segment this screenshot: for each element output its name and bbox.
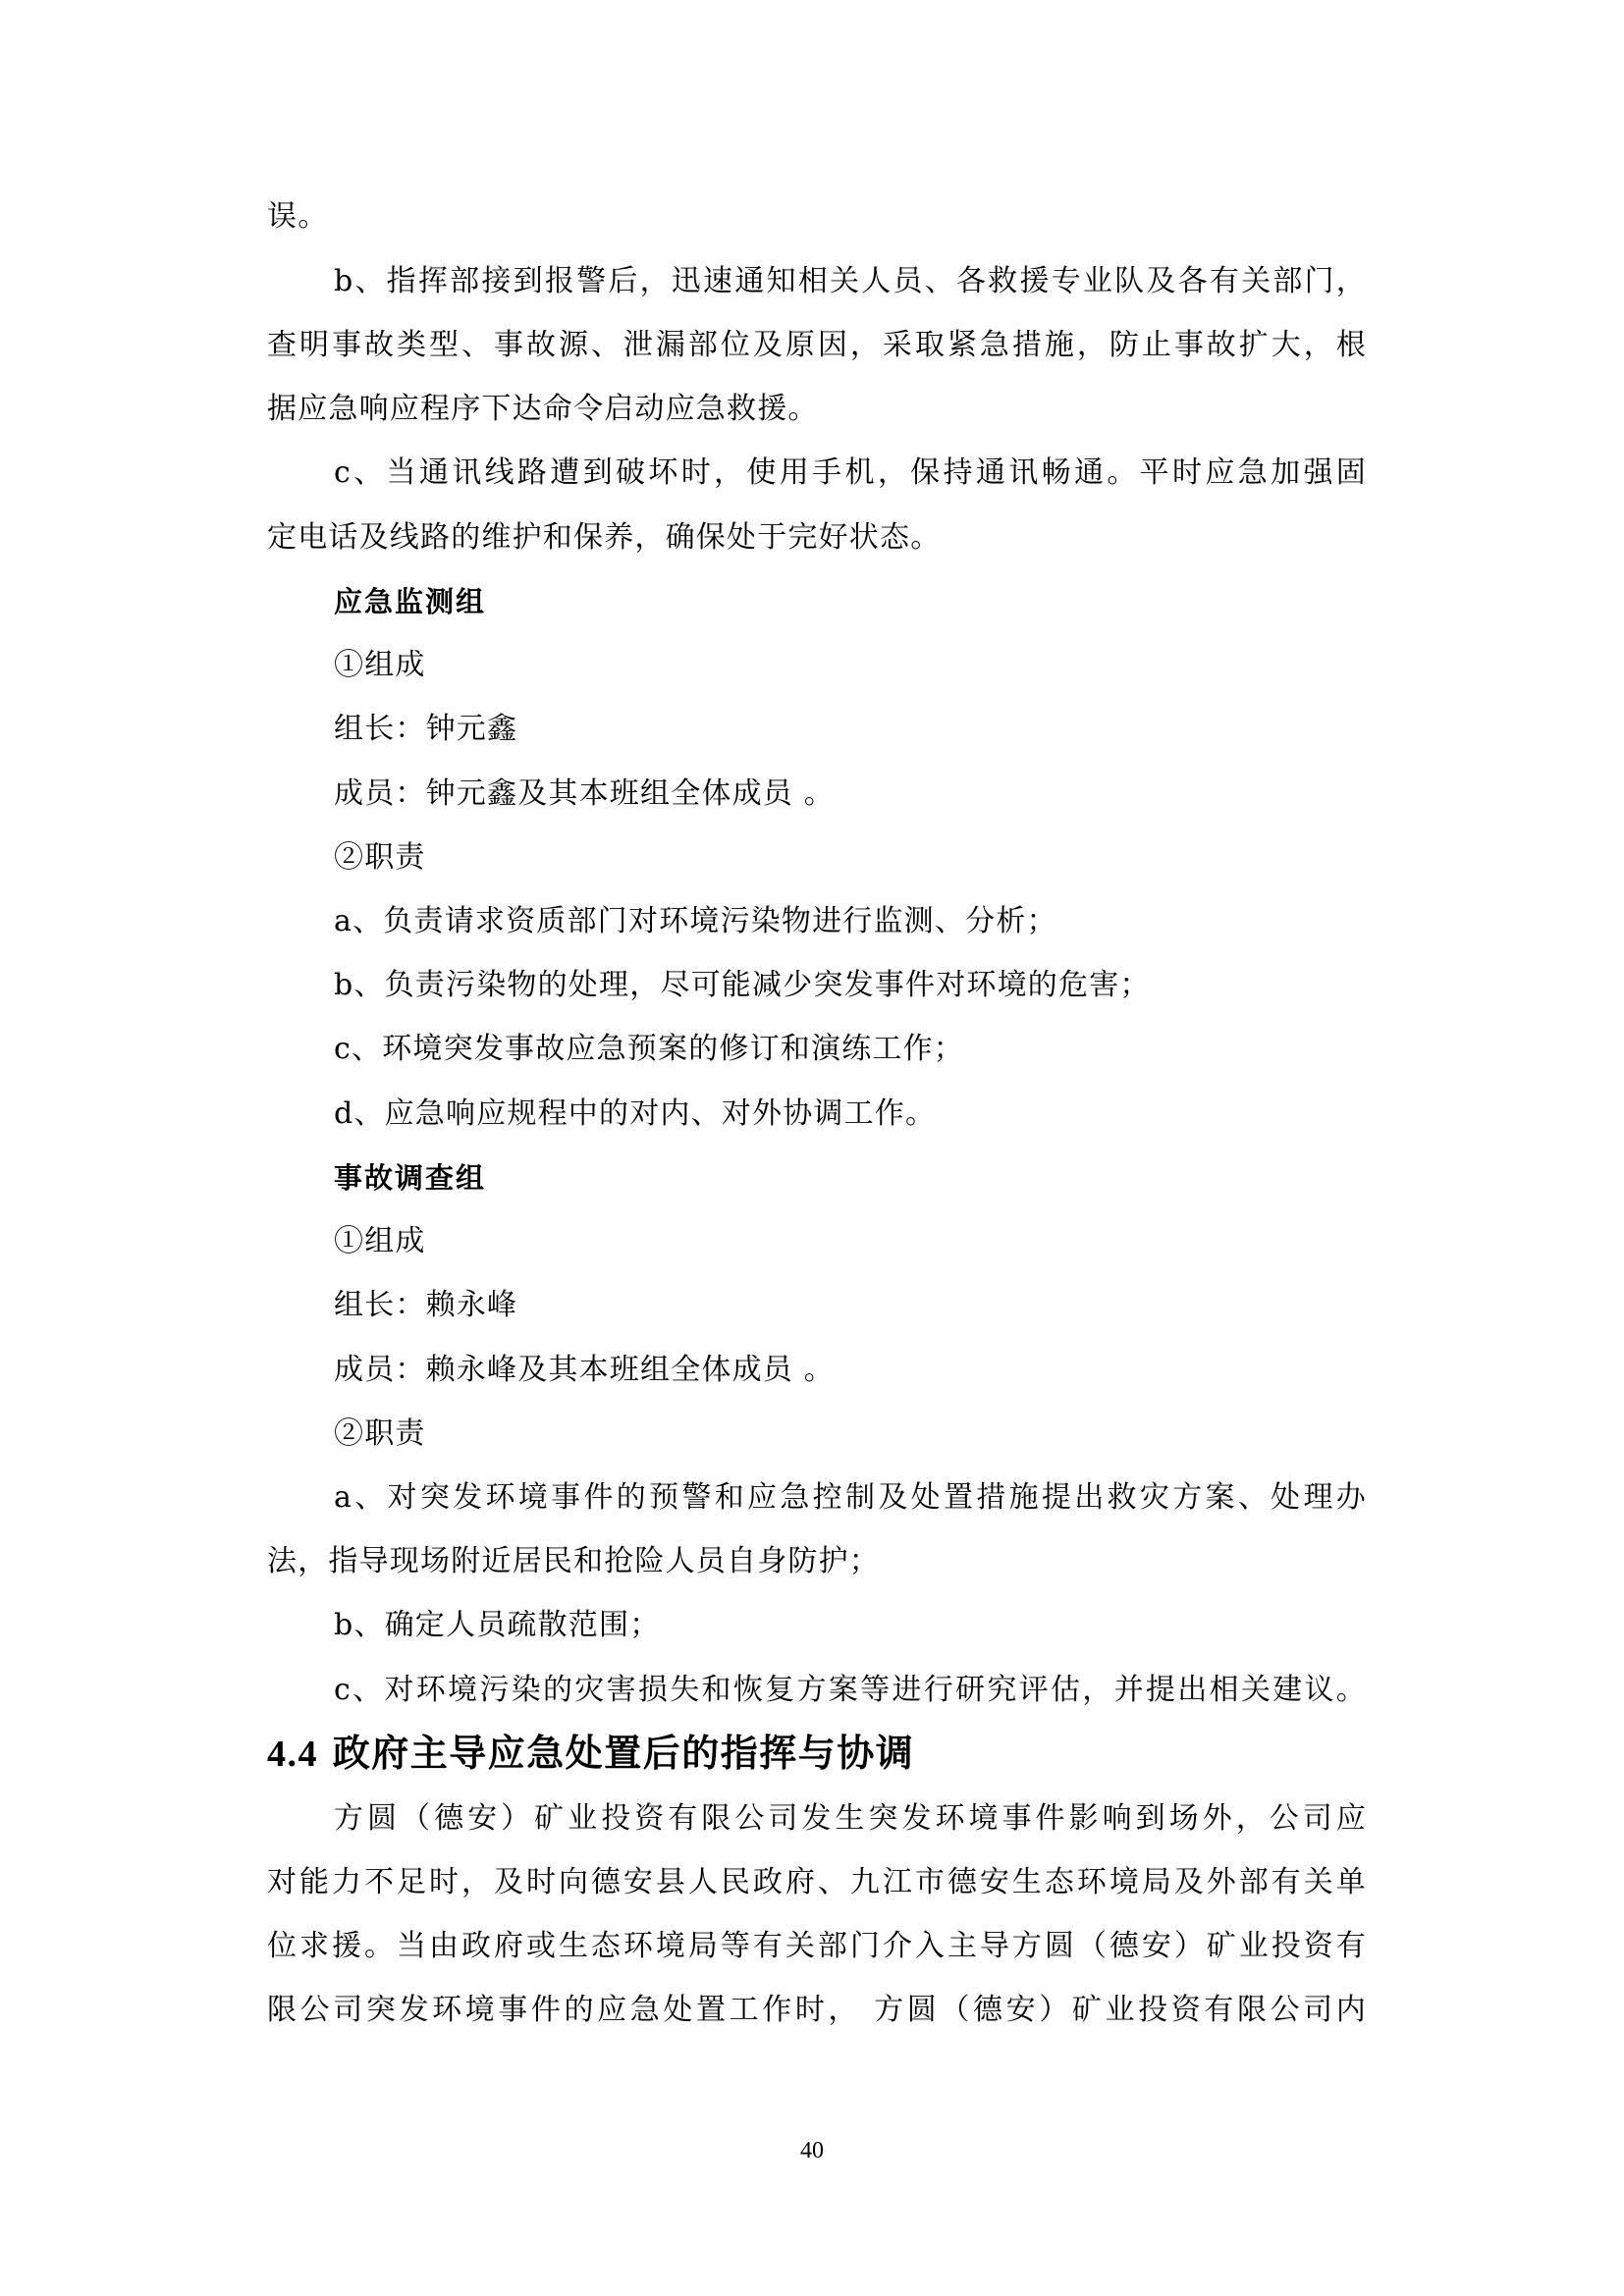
paragraph-line: 据应急响应程序下达命令启动应急救援。 <box>267 388 1367 431</box>
section-number: 4.4 <box>267 1734 318 1775</box>
list-label-duties: ②职责 <box>334 1413 1367 1456</box>
group-members-line: 成员：钟元鑫及其本班组全体成员 。 <box>334 773 1367 816</box>
section-paragraph-line: 对能力不足时，及时向德安县人民政府、九江市德安生态环境局及外部有关单 <box>267 1861 1367 1904</box>
duty-item-a: a、负责请求资质部门对环境污染物进行监测、分析； <box>334 900 1367 943</box>
document-page: 误。 b、指挥部接到报警后，迅速通知相关人员、各救援专业队及各有关部门， 查明事… <box>0 0 1624 2296</box>
group-leader-line: 组长：钟元鑫 <box>334 708 1367 751</box>
duty-item-c: c、环境突发事故应急预案的修订和演练工作； <box>334 1028 1367 1071</box>
subheading-investigation-group: 事故调查组 <box>334 1156 1367 1200</box>
page-number: 40 <box>0 2138 1624 2164</box>
list-label-composition: ①组成 <box>334 1220 1367 1263</box>
section-paragraph-line: 方圆（德安）矿业投资有限公司发生突发环境事件影响到场外，公司应 <box>334 1797 1367 1841</box>
paragraph-line-item-b: b、指挥部接到报警后，迅速通知相关人员、各救援专业队及各有关部门， <box>334 260 1367 303</box>
section-paragraph-line: 限公司突发环境事件的应急处置工作时， 方圆（德安）矿业投资有限公司内 <box>267 1989 1367 2032</box>
paragraph-line-continuation: 误。 <box>267 195 1367 239</box>
duty-item-b: b、负责污染物的处理，尽可能减少突发事件对环境的危害； <box>334 964 1367 1007</box>
duty-item-a-continuation: 法，指导现场附近居民和抢险人员自身防护； <box>267 1540 1367 1583</box>
duty-item-b: b、确定人员疏散范围； <box>334 1604 1367 1647</box>
section-paragraph-line: 位求援。当由政府或生态环境局等有关部门介入主导方圆（德安）矿业投资有 <box>267 1925 1367 1968</box>
duty-item-d: d、应急响应规程中的对内、对外协调工作。 <box>334 1093 1367 1136</box>
paragraph-line: 查明事故类型、事故源、泄漏部位及原因，采取紧急措施，防止事故扩大，根 <box>267 324 1367 367</box>
list-label-composition: ①组成 <box>334 644 1367 687</box>
section-title: 政府主导应急处置后的指挥与协调 <box>333 1732 915 1775</box>
group-leader-line: 组长：赖永峰 <box>334 1284 1367 1327</box>
paragraph-line-item-c: c、当通讯线路遭到破坏时，使用手机，保持通讯畅通。平时应急加强固 <box>334 452 1367 495</box>
duty-item-a: a、对突发环境事件的预警和应急控制及处置措施提出救灾方案、处理办 <box>334 1476 1367 1520</box>
list-label-duties: ②职责 <box>334 836 1367 880</box>
paragraph-line: 定电话及线路的维护和保养，确保处于完好状态。 <box>267 516 1367 560</box>
section-heading: 4.4 政府主导应急处置后的指挥与协调 <box>267 1726 1367 1781</box>
group-members-line: 成员：赖永峰及其本班组全体成员 。 <box>334 1349 1367 1392</box>
subheading-monitoring-group: 应急监测组 <box>334 580 1367 623</box>
duty-item-c: c、对环境污染的灾害损失和恢复方案等进行研究评估，并提出相关建议。 <box>334 1669 1367 1712</box>
